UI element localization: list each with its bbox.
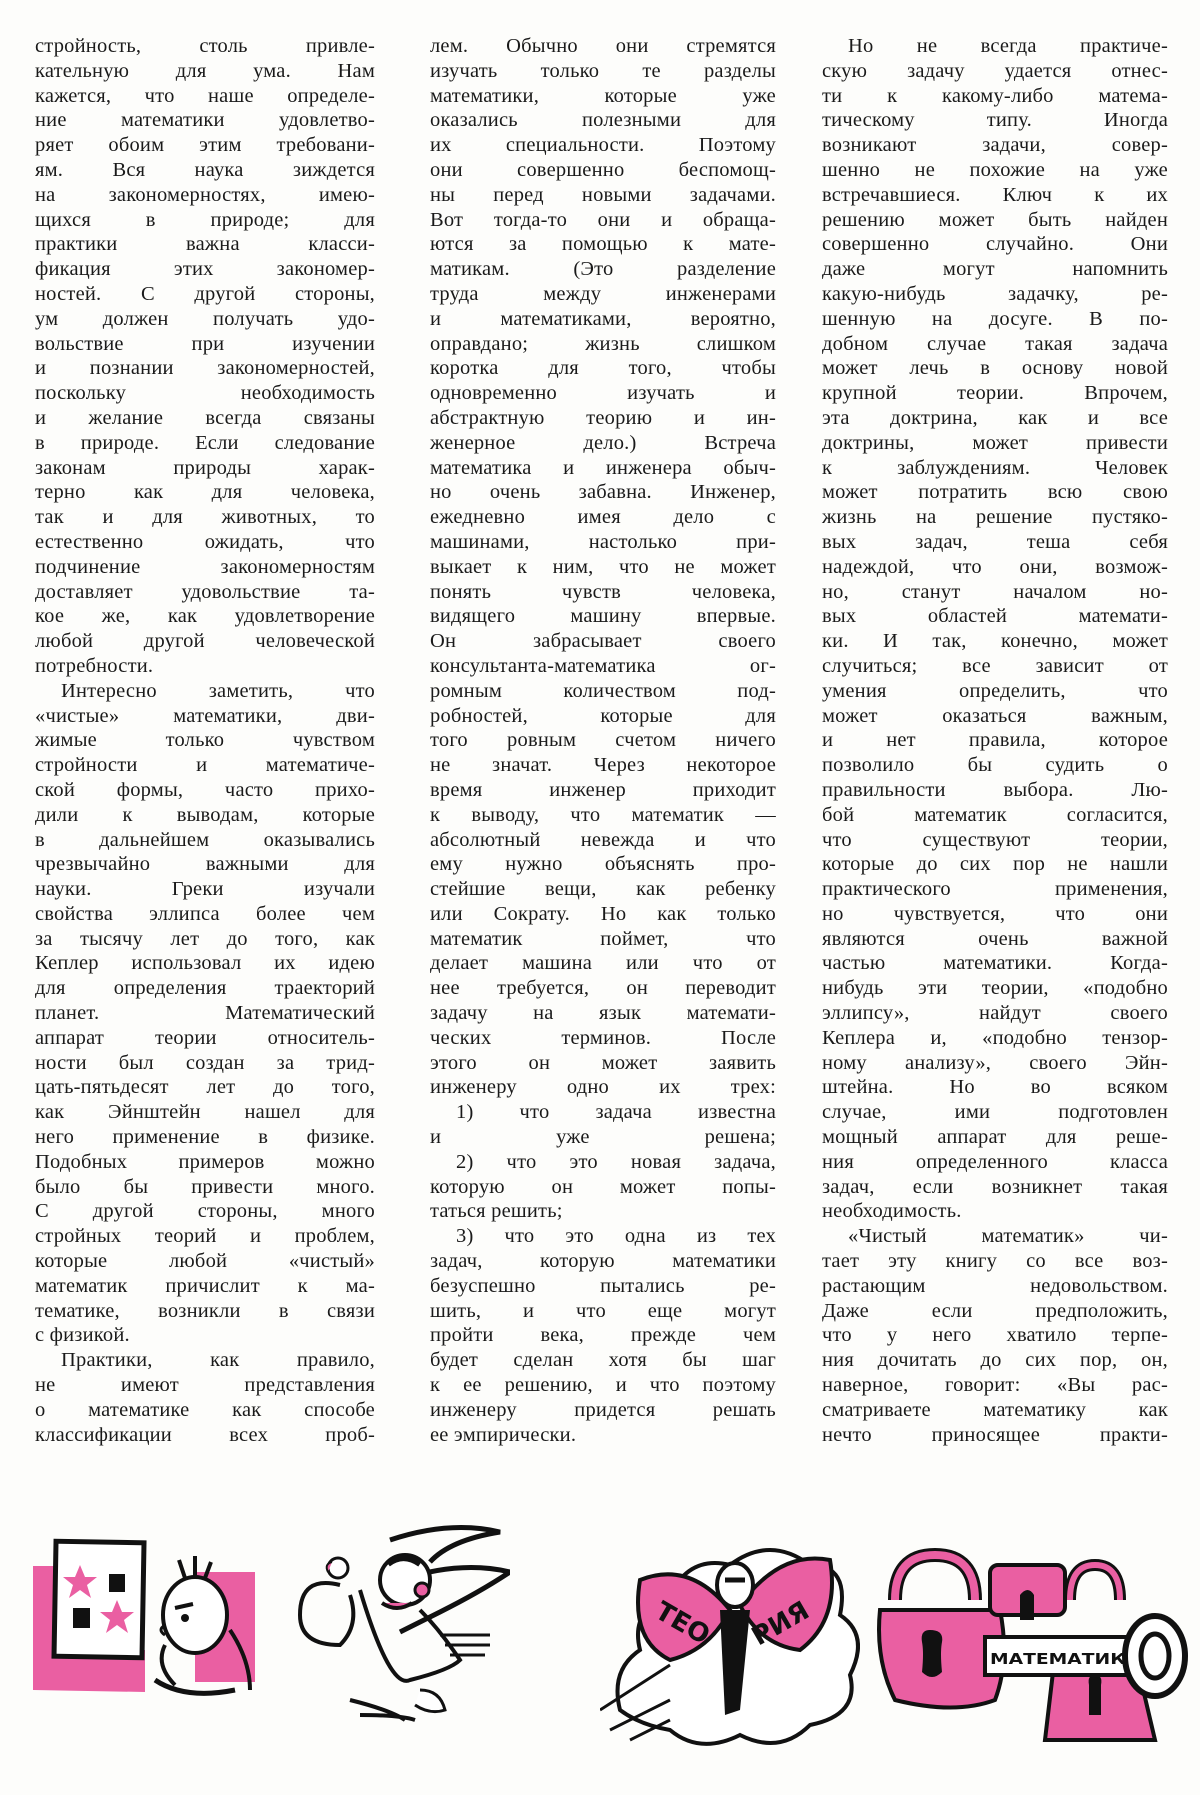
text-line: что у него хватило терпе-: [822, 1323, 1168, 1348]
text-line: вых областей математи-: [822, 604, 1168, 629]
text-line: тематике, возникли в связи: [35, 1299, 375, 1324]
text-line: математик причислит к ма-: [35, 1274, 375, 1299]
text-line: ряет обоим этим требовани-: [35, 133, 375, 158]
text-line: 3) что это одна из тех: [430, 1224, 776, 1249]
text-line: нечто приносящее практи-: [822, 1423, 1168, 1448]
text-line: ны перед новыми задачами.: [430, 183, 776, 208]
text-line: позволило бы судить о: [822, 753, 1168, 778]
text-line: 1) что задача известна: [430, 1100, 776, 1125]
text-line: Интересно заметить, что: [35, 679, 375, 704]
text-line: ются за помощью к мате-: [430, 232, 776, 257]
text-line: ному анализу», своего Эйн-: [822, 1051, 1168, 1076]
text-line: шенную на досуге. В по-: [822, 307, 1168, 332]
text-line: так и для животных, то: [35, 505, 375, 530]
text-line: лем. Обычно они стремятся: [430, 34, 776, 59]
text-line: к выводу, что математик —: [430, 803, 776, 828]
text-line: они совершенно беспомощ-: [430, 158, 776, 183]
text-line: математик поймет, что: [430, 927, 776, 952]
text-line: их специальности. Поэтому: [430, 133, 776, 158]
text-line: может оказаться важным,: [822, 704, 1168, 729]
illustration-man-with-board: [25, 1480, 265, 1780]
text-line: случае, ими подготовлен: [822, 1100, 1168, 1125]
text-line: не значат. Через некоторое: [430, 753, 776, 778]
text-line: как Эйнштейн нашел для: [35, 1100, 375, 1125]
text-line: Практики, как правило,: [35, 1348, 375, 1373]
text-line: задачу на язык математи-: [430, 1001, 776, 1026]
text-line: что существуют теории,: [822, 828, 1168, 853]
text-line: какую-нибудь задачку, ре-: [822, 282, 1168, 307]
text-line: ям. Вся наука зиждется: [35, 158, 375, 183]
text-line: фикация этих закономер-: [35, 257, 375, 282]
text-line: абсолютный невежда и что: [430, 828, 776, 853]
padlocks-key-icon: МАТЕМАТИКА: [870, 1480, 1190, 1780]
text-line: аппарат теории относитель-: [35, 1026, 375, 1051]
text-line: ской формы, часто прихо-: [35, 778, 375, 803]
text-line: таться решить;: [430, 1199, 776, 1224]
text-line: планет. Математический: [35, 1001, 375, 1026]
text-line: будет сделан хотя бы шаг: [430, 1348, 776, 1373]
text-line: Вот тогда-то они и обраща-: [430, 208, 776, 233]
text-line: консультанта-математика ог-: [430, 654, 776, 679]
text-line: инженеру одно их трех:: [430, 1075, 776, 1100]
text-column-left: стройность, столь привле-кательную для у…: [35, 34, 375, 1447]
text-line: может потратить всю свою: [822, 480, 1168, 505]
text-line: ему нужно объяснять про-: [430, 852, 776, 877]
text-line: шить, и что еще могут: [430, 1299, 776, 1324]
text-line: частью математики. Когда-: [822, 951, 1168, 976]
text-line: жизнь на решение пустяко-: [822, 505, 1168, 530]
text-line: оказались полезными для: [430, 108, 776, 133]
text-line: ум должен получать удо-: [35, 307, 375, 332]
text-line: Но не всегда практиче-: [822, 34, 1168, 59]
text-line: и желание всегда связаны: [35, 406, 375, 431]
text-line: сматриваете математику как: [822, 1398, 1168, 1423]
text-line: вольствие при изучении: [35, 332, 375, 357]
text-line: свойства эллипса более чем: [35, 902, 375, 927]
text-line: этого он может заявить: [430, 1051, 776, 1076]
text-line: даже могут напомнить: [822, 257, 1168, 282]
text-line: доставляет удовольствие та-: [35, 580, 375, 605]
text-line: ежедневно имея дело с: [430, 505, 776, 530]
text-line: правильности выбора. Лю-: [822, 778, 1168, 803]
text-line: «Чистый математик» чи-: [822, 1224, 1168, 1249]
text-line: к ее решению, и что поэтому: [430, 1373, 776, 1398]
text-line: абстрактную теорию и ин-: [430, 406, 776, 431]
text-line: но очень забавна. Инженер,: [430, 480, 776, 505]
text-line: 2) что это новая задача,: [430, 1150, 776, 1175]
text-line: ти к какому-либо матема-: [822, 84, 1168, 109]
text-line: подчинение закономерностям: [35, 555, 375, 580]
text-line: безуспешно пытались ре-: [430, 1274, 776, 1299]
text-line: штейна. Но во всяком: [822, 1075, 1168, 1100]
text-line: матикам. (Это разделение: [430, 257, 776, 282]
text-line: было бы привести много.: [35, 1175, 375, 1200]
text-line: одновременно изучать и: [430, 381, 776, 406]
man-with-board-icon: [25, 1480, 265, 1780]
text-line: Кеплер использовал их идею: [35, 951, 375, 976]
text-line: труда между инженерами: [430, 282, 776, 307]
text-line: которую он может попы-: [430, 1175, 776, 1200]
text-line: кое же, как удовлетворение: [35, 604, 375, 629]
text-line: но чувствуется, что они: [822, 902, 1168, 927]
text-line: законам природы харак-: [35, 456, 375, 481]
text-line: для определения траекторий: [35, 976, 375, 1001]
text-line: о математике как способе: [35, 1398, 375, 1423]
text-line: нибудь эти теории, «подобно: [822, 976, 1168, 1001]
text-line: и нет правила, которое: [822, 728, 1168, 753]
text-line: ее эмпирически.: [430, 1423, 776, 1448]
text-line: изучать только те разделы: [430, 59, 776, 84]
text-line: ромным количеством под-: [430, 679, 776, 704]
text-line: ности был создан за трид-: [35, 1051, 375, 1076]
text-line: Он забрасывает своего: [430, 629, 776, 654]
text-line: встречавшиеся. Ключ к их: [822, 183, 1168, 208]
text-line: потребности.: [35, 654, 375, 679]
text-line: ностей. С другой стороны,: [35, 282, 375, 307]
text-line: необходимость.: [822, 1199, 1168, 1224]
text-line: возникают задачи, совер-: [822, 133, 1168, 158]
text-line: машинами, настолько при-: [430, 530, 776, 555]
text-line: задач, которую математики: [430, 1249, 776, 1274]
book-page: стройность, столь привле-кательную для у…: [0, 0, 1200, 1795]
text-line: классификации всех проб-: [35, 1423, 375, 1448]
text-line: стройности и математиче-: [35, 753, 375, 778]
text-line: скую задачу удается отнес-: [822, 59, 1168, 84]
text-line: являются очень важной: [822, 927, 1168, 952]
text-line: математика и инженера обыч-: [430, 456, 776, 481]
illustration-flying-angel: [270, 1480, 510, 1780]
text-line: ние математики удовлетво-: [35, 108, 375, 133]
text-line: инженеру придется решать: [430, 1398, 776, 1423]
text-line: видящего машину впервые.: [430, 604, 776, 629]
text-line: женерное дело.) Встреча: [430, 431, 776, 456]
text-line: за тысячу лет до того, как: [35, 927, 375, 952]
text-line: понять чувств человека,: [430, 580, 776, 605]
text-line: коротка для того, чтобы: [430, 356, 776, 381]
text-line: тает эту книгу со все воз-: [822, 1249, 1168, 1274]
text-line: робностей, которые для: [430, 704, 776, 729]
text-line: нее требуется, он переводит: [430, 976, 776, 1001]
text-line: кательную для ума. Нам: [35, 59, 375, 84]
text-line: которые любой «чистый»: [35, 1249, 375, 1274]
text-line: шенно не похожие на уже: [822, 158, 1168, 183]
text-line: науки. Греки изучали: [35, 877, 375, 902]
text-line: и уже решена;: [430, 1125, 776, 1150]
text-line: жимые только чувством: [35, 728, 375, 753]
text-line: стройных теорий и проблем,: [35, 1224, 375, 1249]
text-line: эта доктрина, как и все: [822, 406, 1168, 431]
text-column-middle: лем. Обычно они стремятсяизучать только …: [430, 34, 776, 1447]
text-line: бой математик согласится,: [822, 803, 1168, 828]
text-line: ческих терминов. После: [430, 1026, 776, 1051]
text-line: добном случае такая задача: [822, 332, 1168, 357]
text-line: ки. И так, конечно, может: [822, 629, 1168, 654]
text-line: дили к выводам, которые: [35, 803, 375, 828]
text-line: умения определить, что: [822, 679, 1168, 704]
text-line: Даже если предположить,: [822, 1299, 1168, 1324]
text-line: не имеют представления: [35, 1373, 375, 1398]
text-line: крупной теории. Впрочем,: [822, 381, 1168, 406]
text-line: но, станут началом но-: [822, 580, 1168, 605]
text-line: растающим недовольством.: [822, 1274, 1168, 1299]
text-line: задач, если возникнет такая: [822, 1175, 1168, 1200]
text-line: совершенно случайно. Они: [822, 232, 1168, 257]
text-line: время инженер приходит: [430, 778, 776, 803]
text-line: выкает к ним, что не может: [430, 555, 776, 580]
text-line: щихся в природе; для: [35, 208, 375, 233]
theory-winged-man-icon: ТЕО РИЯ: [600, 1480, 860, 1780]
text-line: в природе. Если следование: [35, 431, 375, 456]
text-line: делает машина или что от: [430, 951, 776, 976]
text-line: С другой стороны, много: [35, 1199, 375, 1224]
text-line: пройти века, прежде чем: [430, 1323, 776, 1348]
text-line: и математиками, вероятно,: [430, 307, 776, 332]
text-line: естественно ожидать, что: [35, 530, 375, 555]
text-line: мощный аппарат для реше-: [822, 1125, 1168, 1150]
text-line: может лечь в основу новой: [822, 356, 1168, 381]
text-line: стройность, столь привле-: [35, 34, 375, 59]
text-line: которые до сих пор не нашли: [822, 852, 1168, 877]
text-line: к заблуждениям. Человек: [822, 456, 1168, 481]
text-line: математики, которые уже: [430, 84, 776, 109]
text-line: на закономерностях, имею-: [35, 183, 375, 208]
text-line: наверное, говорит: «Вы рас-: [822, 1373, 1168, 1398]
text-line: практики важна класси-: [35, 232, 375, 257]
text-line: и познании закономерностей,: [35, 356, 375, 381]
text-line: решению может быть найден: [822, 208, 1168, 233]
text-line: поскольку необходимость: [35, 381, 375, 406]
flying-angel-icon: [270, 1480, 510, 1780]
text-line: Кеплера и, «подобно тензор-: [822, 1026, 1168, 1051]
text-line: тическому типу. Иногда: [822, 108, 1168, 133]
illustration-theory: ТЕО РИЯ: [600, 1480, 860, 1780]
text-line: ния определенного класса: [822, 1150, 1168, 1175]
key-label: МАТЕМАТИКА: [990, 1650, 1140, 1668]
text-column-right: Но не всегда практиче-скую задачу удаетс…: [822, 34, 1168, 1447]
text-line: случиться; все зависит от: [822, 654, 1168, 679]
text-line: ния дочитать до сих пор, он,: [822, 1348, 1168, 1373]
illustration-padlocks-key: МАТЕМАТИКА: [870, 1480, 1190, 1780]
text-line: практического применения,: [822, 877, 1168, 902]
text-line: Подобных примеров можно: [35, 1150, 375, 1175]
text-line: «чистые» математики, дви-: [35, 704, 375, 729]
text-line: терно как для человека,: [35, 480, 375, 505]
text-line: чрезвычайно важными для: [35, 852, 375, 877]
text-line: того ровным счетом ничего: [430, 728, 776, 753]
text-line: цать-пятьдесят лет до того,: [35, 1075, 375, 1100]
text-line: оправдано; жизнь слишком: [430, 332, 776, 357]
text-line: с физикой.: [35, 1323, 375, 1348]
text-line: или Сократу. Но как только: [430, 902, 776, 927]
text-line: в дальнейшем оказывались: [35, 828, 375, 853]
text-line: эллипсу», найдут своего: [822, 1001, 1168, 1026]
text-line: вых задач, теша себя: [822, 530, 1168, 555]
text-line: стейшие вещи, как ребенку: [430, 877, 776, 902]
text-line: кажется, что наше определе-: [35, 84, 375, 109]
text-line: него применение в физике.: [35, 1125, 375, 1150]
text-line: любой другой человеческой: [35, 629, 375, 654]
text-line: надеждой, что они, возмож-: [822, 555, 1168, 580]
text-line: доктрины, может привести: [822, 431, 1168, 456]
